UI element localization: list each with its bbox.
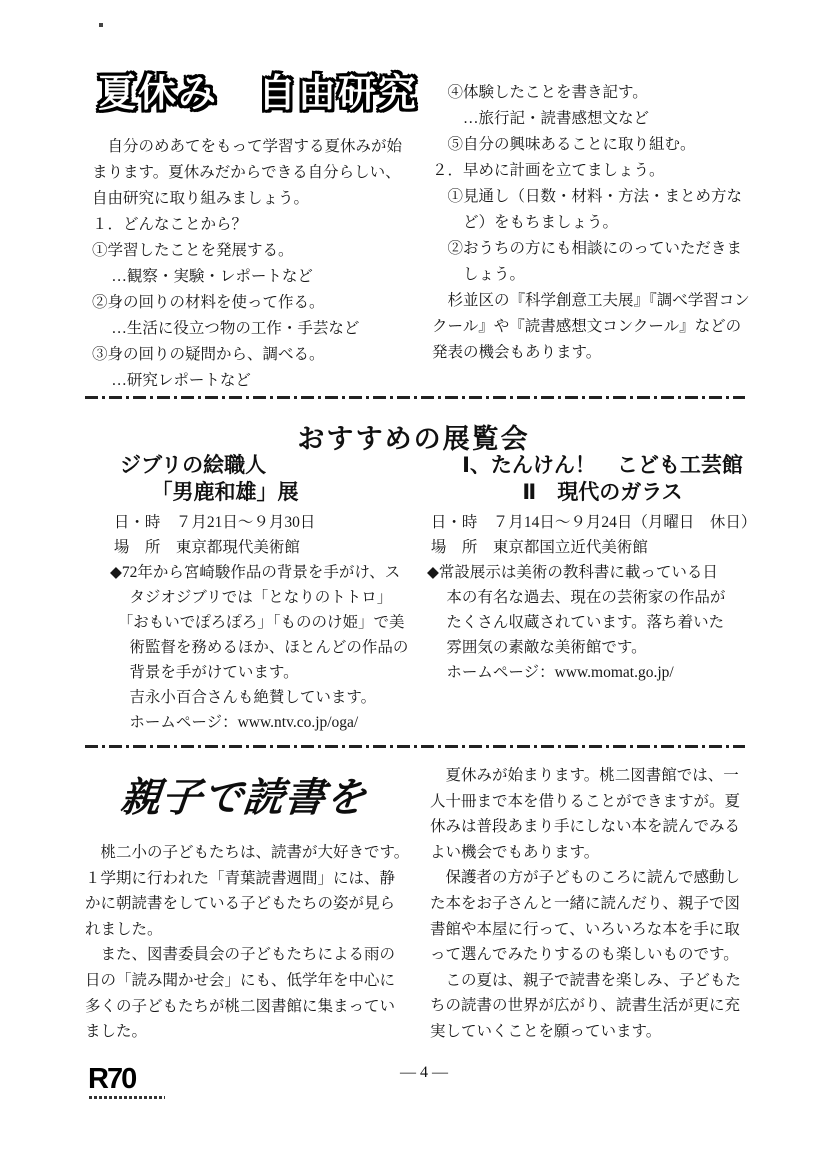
text-line: 実していくことを願っています。 — [430, 1019, 790, 1045]
text-line: 場 所 東京都現代美術館 — [110, 535, 440, 560]
article2-left-column: 桃二小の子どもたちは、読書が大好きです。１学期に行われた「青葉読書週間」には、静… — [85, 840, 430, 1045]
text-line: １学期に行われた「青葉読書週間」には、静 — [85, 866, 430, 892]
text-line: 術監督を務めるほか、ほとんどの作品の — [110, 635, 440, 660]
text-line: ④体験したことを書き記す。 — [432, 80, 792, 106]
text-line: 背景を手がけています。 — [110, 660, 440, 685]
text-line: …観察・実験・レポートなど — [92, 264, 437, 290]
text-line: この夏は、親子で読書を楽しみ、子どもた — [430, 968, 790, 994]
exhibition-left-title: ジブリの絵職人 「男鹿和雄」展 — [120, 452, 299, 506]
text-line: ２．早めに計画を立てましょう。 — [432, 158, 792, 184]
logo-fine-print — [89, 1096, 165, 1099]
text-line: ど）をもちましょう。 — [432, 210, 792, 236]
text-line: 日・時 ７月14日～９月24日（月曜日 休日） — [427, 510, 797, 535]
text-line: ◆常設展示は美術の教科書に載っている日 — [427, 560, 797, 585]
exhibition-left-details: 日・時 ７月21日～９月30日 場 所 東京都現代美術館◆72年から宮崎駿作品の… — [110, 510, 440, 735]
text-line: …研究レポートなど — [92, 368, 437, 394]
text-line: 吉永小百合さんも絶賛しています。 — [110, 685, 440, 710]
text-line: 多くの子どもたちが桃二図書館に集まってい — [85, 994, 430, 1020]
dash-dot-divider-top — [85, 396, 745, 399]
text-line: …旅行記・読書感想文など — [432, 106, 792, 132]
text-line: ⑤自分の興味あることに取り組む。 — [432, 132, 792, 158]
article2-title: 親子で読書を — [118, 766, 370, 823]
text-line: ホームページ：www.ntv.co.jp/oga/ — [110, 710, 440, 735]
text-line: 雰囲気の素敵な美術館です。 — [427, 635, 797, 660]
text-line: 夏休みが始まります。桃二図書館では、一 — [430, 763, 790, 789]
text-line: よい機会でもあります。 — [430, 840, 790, 866]
text-line: た本をお子さんと一緒に読んだり、親子で図 — [430, 891, 790, 917]
text-line: 「おもいでぽろぽろ」「もののけ姫」で美 — [110, 610, 440, 635]
text-line: 自由研究に取り組みましょう。 — [92, 186, 437, 212]
text-line: って選んでみたりするのも楽しいものです。 — [430, 942, 790, 968]
article1-right-column: ④体験したことを書き記す。 …旅行記・読書感想文など ⑤自分の興味あることに取り… — [432, 80, 792, 366]
text-line: 発表の機会もあります。 — [432, 340, 792, 366]
text-line: 休みは普段あまり手にしない本を読んでみる — [430, 814, 790, 840]
exhibition-right-details: 日・時 ７月14日～９月24日（月曜日 休日） 場 所 東京都国立近代美術館◆常… — [427, 510, 797, 685]
text-line: 本の有名な過去、現在の芸術家の作品が — [427, 585, 797, 610]
recycled-paper-logo: R70 — [88, 1064, 135, 1094]
text-line: 杉並区の『科学創意工夫展』『調べ学習コン — [432, 288, 792, 314]
text-line: ジブリの絵職人 — [120, 452, 299, 479]
text-line: １．どんなことから？ — [92, 212, 437, 238]
text-line: ました。 — [85, 1019, 430, 1045]
exhibition-right-title: Ⅰ、たんけん！ こども工芸館Ⅱ 現代のガラス — [445, 452, 760, 506]
text-line: …生活に役立つ物の工作・手芸など — [92, 316, 437, 342]
text-line: タジオジブリでは「となりのトトロ」 — [110, 585, 440, 610]
article1-title: 夏休み 自由研究 — [98, 62, 418, 117]
text-line: たくさん収蔵されています。落ち着いた — [427, 610, 797, 635]
text-line: ②おうちの方にも相談にのっていただきま — [432, 236, 792, 262]
text-line: しょう。 — [432, 262, 792, 288]
text-line: Ⅱ 現代のガラス — [445, 479, 760, 506]
text-line: ③身の回りの疑問から、調べる。 — [92, 342, 437, 368]
article1-left-column: 自分のめあてをもって学習する夏休みが始まります。夏休みだからできる自分らしい、自… — [92, 134, 437, 394]
text-line: ①見通し（日数・材料・方法・まとめ方な — [432, 184, 792, 210]
text-line: ちの読書の世界が広がり、読書生活が更に充 — [430, 993, 790, 1019]
text-line: ホームページ：www.momat.go.jp/ — [427, 660, 797, 685]
exhibitions-heading: おすすめの展覧会 — [0, 417, 827, 456]
text-line: れました。 — [85, 917, 430, 943]
text-line: 日の「読み聞かせ会」にも、低学年を中心に — [85, 968, 430, 994]
text-line: 「男鹿和雄」展 — [120, 479, 299, 506]
text-line: かに朝読書をしている子どもたちの姿が見ら — [85, 891, 430, 917]
text-line: 保護者の方が子どものころに読んで感動し — [430, 865, 790, 891]
text-line: 日・時 ７月21日～９月30日 — [110, 510, 440, 535]
page-number: — 4 — — [364, 1064, 484, 1082]
text-line: ①学習したことを発展する。 — [92, 238, 437, 264]
newsletter-page: 夏休み 自由研究 自分のめあてをもって学習する夏休みが始まります。夏休みだからで… — [0, 0, 827, 1170]
text-line: まります。夏休みだからできる自分らしい、 — [92, 160, 437, 186]
text-line: Ⅰ、たんけん！ こども工芸館 — [445, 452, 760, 479]
dash-dot-divider-bottom — [85, 745, 745, 748]
text-line: 人十冊まで本を借りることができますが。夏 — [430, 789, 790, 815]
text-line: 桃二小の子どもたちは、読書が大好きです。 — [85, 840, 430, 866]
text-line: ②身の回りの材料を使って作る。 — [92, 290, 437, 316]
article2-right-column: 夏休みが始まります。桃二図書館では、一人十冊まで本を借りることができますが。夏休… — [430, 763, 790, 1045]
text-line: 場 所 東京都国立近代美術館 — [427, 535, 797, 560]
text-line: また、図書委員会の子どもたちによる雨の — [85, 942, 430, 968]
text-line: ◆72年から宮崎駿作品の背景を手がけ、ス — [110, 560, 440, 585]
text-line: クール』や『読書感想文コンクール』などの — [432, 314, 792, 340]
text-line: 書館や本屋に行って、いろいろな本を手に取 — [430, 917, 790, 943]
text-line: 自分のめあてをもって学習する夏休みが始 — [92, 134, 437, 160]
scan-speck — [99, 23, 103, 27]
